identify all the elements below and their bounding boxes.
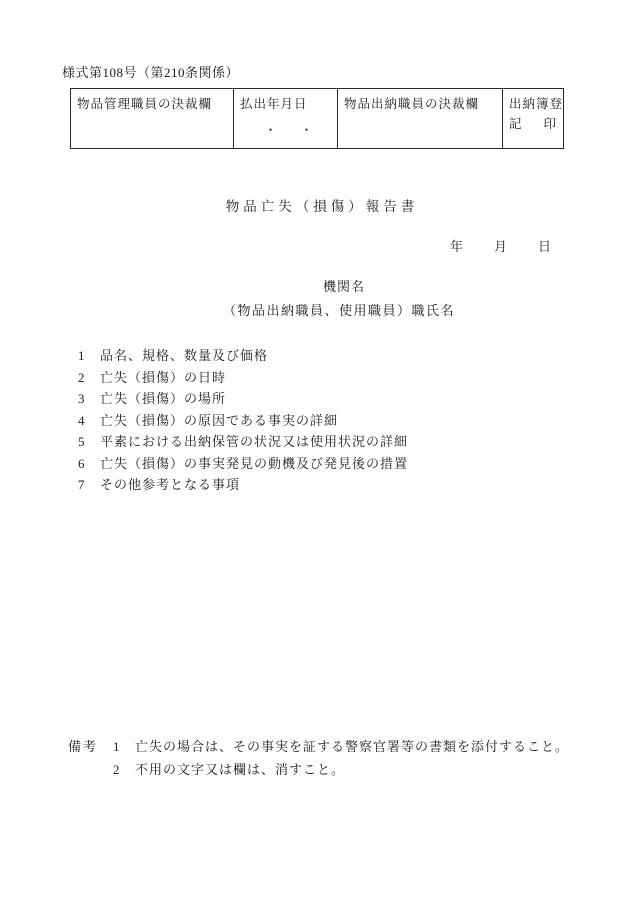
remarks-label-spacer <box>68 758 113 781</box>
note-text: 不用の文字又は欄は、消すこと。 <box>135 758 345 781</box>
item-number: 4 <box>78 410 100 432</box>
approval-table: 物品管理職員の決裁欄 払出年月日 ・ ・ 物品出納職員の決裁欄 出納簿登 記 印 <box>70 88 564 149</box>
list-item: 4亡失（損傷）の原因である事実の詳細 <box>78 410 408 432</box>
staff-name-label: （物品出納職員、使用職員）職氏名 <box>0 300 630 319</box>
remarks-section: 備考 1 亡失の場合は、その事実を証する警察官署等の書類を添付すること。 2 不… <box>68 735 569 781</box>
note-number: 2 <box>113 758 135 781</box>
ledger-entry-seal-cell: 出納簿登 記 印 <box>503 89 564 149</box>
item-number: 1 <box>78 345 100 367</box>
item-text: 亡失（損傷）の日時 <box>100 370 226 385</box>
ledger-entry-line2-left: 記 <box>509 114 523 132</box>
payout-date-label: 払出年月日 <box>240 94 331 112</box>
item-text: 品名、規格、数量及び価格 <box>100 348 268 363</box>
item-number: 7 <box>78 474 100 496</box>
item-number: 2 <box>78 367 100 389</box>
manager-approval-cell: 物品管理職員の決裁欄 <box>71 89 234 149</box>
note-number: 1 <box>113 735 135 758</box>
report-item-list: 1品名、規格、数量及び価格 2亡失（損傷）の日時 3亡失（損傷）の場所 4亡失（… <box>78 345 408 496</box>
organization-name-label: 機関名 <box>0 276 630 295</box>
report-form-page: 様式第108号（第210条関係） 物品管理職員の決裁欄 払出年月日 ・ ・ 物品… <box>0 0 630 903</box>
item-text: その他参考となる事項 <box>100 477 240 492</box>
item-text: 亡失（損傷）の場所 <box>100 391 226 406</box>
ledger-entry-line1: 出納簿登 <box>509 94 557 112</box>
approval-table-row: 物品管理職員の決裁欄 払出年月日 ・ ・ 物品出納職員の決裁欄 出納簿登 記 印 <box>71 89 564 149</box>
seal-label: 印 <box>543 114 557 132</box>
list-item: 5平素における出納保管の状況又は使用状況の詳細 <box>78 431 408 453</box>
item-text: 平素における出納保管の状況又は使用状況の詳細 <box>100 434 408 449</box>
note-text: 亡失の場合は、その事実を証する警察官署等の書類を添付すること。 <box>135 735 569 758</box>
note-row: 2 不用の文字又は欄は、消すこと。 <box>68 758 569 781</box>
ledger-entry-line2: 記 印 <box>509 114 557 132</box>
note-row: 備考 1 亡失の場合は、その事実を証する警察官署等の書類を添付すること。 <box>68 735 569 758</box>
item-number: 6 <box>78 453 100 475</box>
item-number: 5 <box>78 431 100 453</box>
form-number-label: 様式第108号（第210条関係） <box>62 62 239 81</box>
list-item: 3亡失（損傷）の場所 <box>78 388 408 410</box>
payout-date-dots: ・ ・ <box>240 121 331 138</box>
page-title: 物品亡失（損傷）報告書 <box>0 195 630 215</box>
payout-date-cell: 払出年月日 ・ ・ <box>234 89 338 149</box>
list-item: 7その他参考となる事項 <box>78 474 408 496</box>
item-text: 亡失（損傷）の原因である事実の詳細 <box>100 413 338 428</box>
list-item: 1品名、規格、数量及び価格 <box>78 345 408 367</box>
item-text: 亡失（損傷）の事実発見の動機及び発見後の措置 <box>100 456 408 471</box>
list-item: 6亡失（損傷）の事実発見の動機及び発見後の措置 <box>78 453 408 475</box>
list-item: 2亡失（損傷）の日時 <box>78 367 408 389</box>
item-number: 3 <box>78 388 100 410</box>
date-line: 年 月 日 <box>450 236 560 255</box>
custodian-approval-cell: 物品出納職員の決裁欄 <box>338 89 503 149</box>
remarks-label: 備考 <box>68 735 113 758</box>
